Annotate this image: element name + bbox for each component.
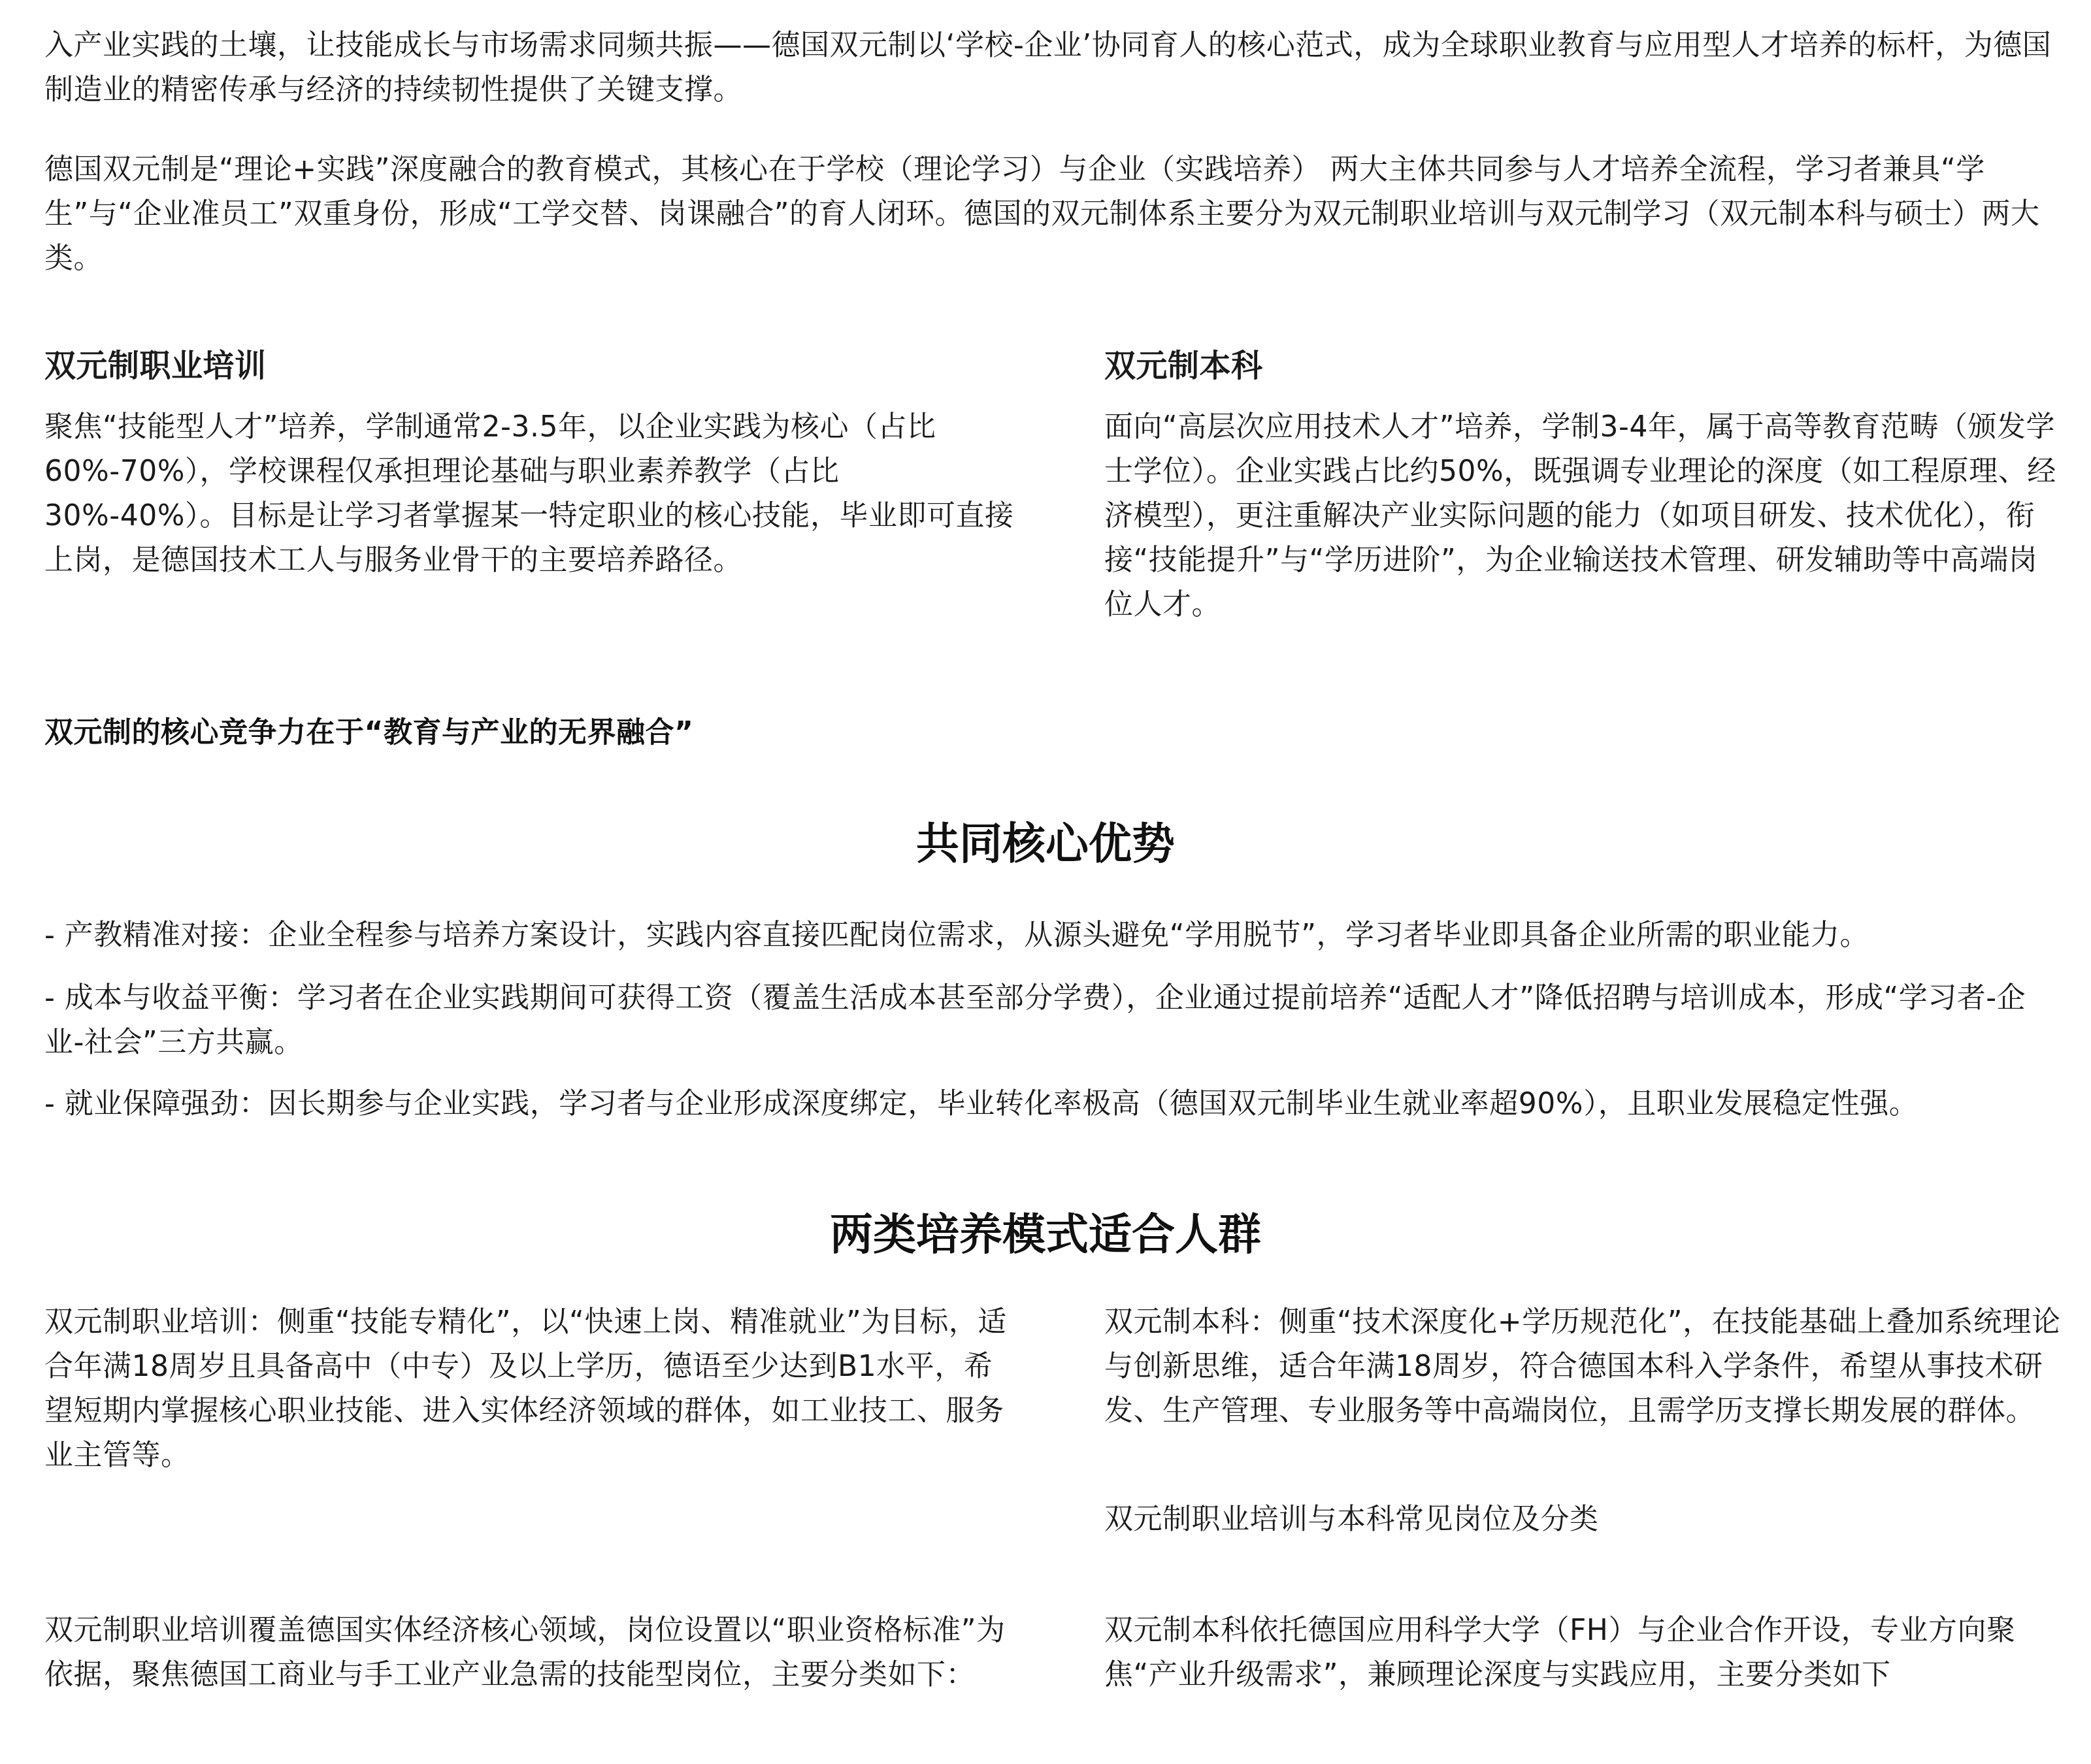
vocational-training-body: 聚焦“技能型人才”培养，学制通常2-3.5年，以企业实践为核心（占比60%-70…	[44, 405, 1018, 583]
core-statement: 双元制的核心竞争力在于“教育与产业的无界融合”	[44, 711, 2057, 755]
bachelor-categories-intro: 双元制本科依托德国应用科学大学（FH）与企业合作开设，专业方向聚焦“产业升级需求…	[1104, 1609, 2065, 1697]
audience-vocational: 双元制职业培训：侧重“技能专精化”，以“快速上岗、精准就业”为目标，适合年满18…	[44, 1300, 1012, 1478]
vocational-categories-intro: 双元制职业培训覆盖德国实体经济核心领域，岗位设置以“职业资格标准”为依据，聚焦德…	[44, 1609, 1012, 1697]
intro-paragraph-2: 德国双元制是“理论+实践”深度融合的教育模式，其核心在于学校（理论学习）与企业（…	[44, 148, 2057, 281]
positions-caption: 双元制职业培训与本科常见岗位及分类	[1104, 1497, 2065, 1542]
audience-bachelor: 双元制本科：侧重“技术深度化+学历规范化”，在技能基础上叠加系统理论与创新思维，…	[1104, 1300, 2065, 1433]
dual-bachelor-body: 面向“高层次应用技术人才”培养，学制3-4年，属于高等教育范畴（颁发学士学位）。…	[1104, 405, 2065, 627]
vocational-training-title: 双元制职业培训	[44, 345, 1012, 387]
article-page: 入产业实践的土壤，让技能成长与市场需求同频共振——德国双元制以‘学校-企业’协同…	[0, 0, 2091, 1764]
advantage-item: - 就业保障强劲：因长期参与企业实践，学习者与企业形成深度绑定，毕业转化率极高（…	[44, 1082, 2057, 1126]
intro-paragraph-1: 入产业实践的土壤，让技能成长与市场需求同频共振——德国双元制以‘学校-企业’协同…	[44, 24, 2057, 112]
advantages-heading: 共同核心优势	[0, 818, 2091, 870]
dual-bachelor-title: 双元制本科	[1104, 345, 2065, 387]
advantage-item: - 成本与收益平衡：学习者在企业实践期间可获得工资（覆盖生活成本甚至部分学费），…	[44, 976, 2057, 1065]
advantage-item: - 产教精准对接：企业全程参与培养方案设计，实践内容直接匹配岗位需求，从源头避免…	[44, 913, 2057, 958]
audience-heading: 两类培养模式适合人群	[0, 1209, 2091, 1261]
